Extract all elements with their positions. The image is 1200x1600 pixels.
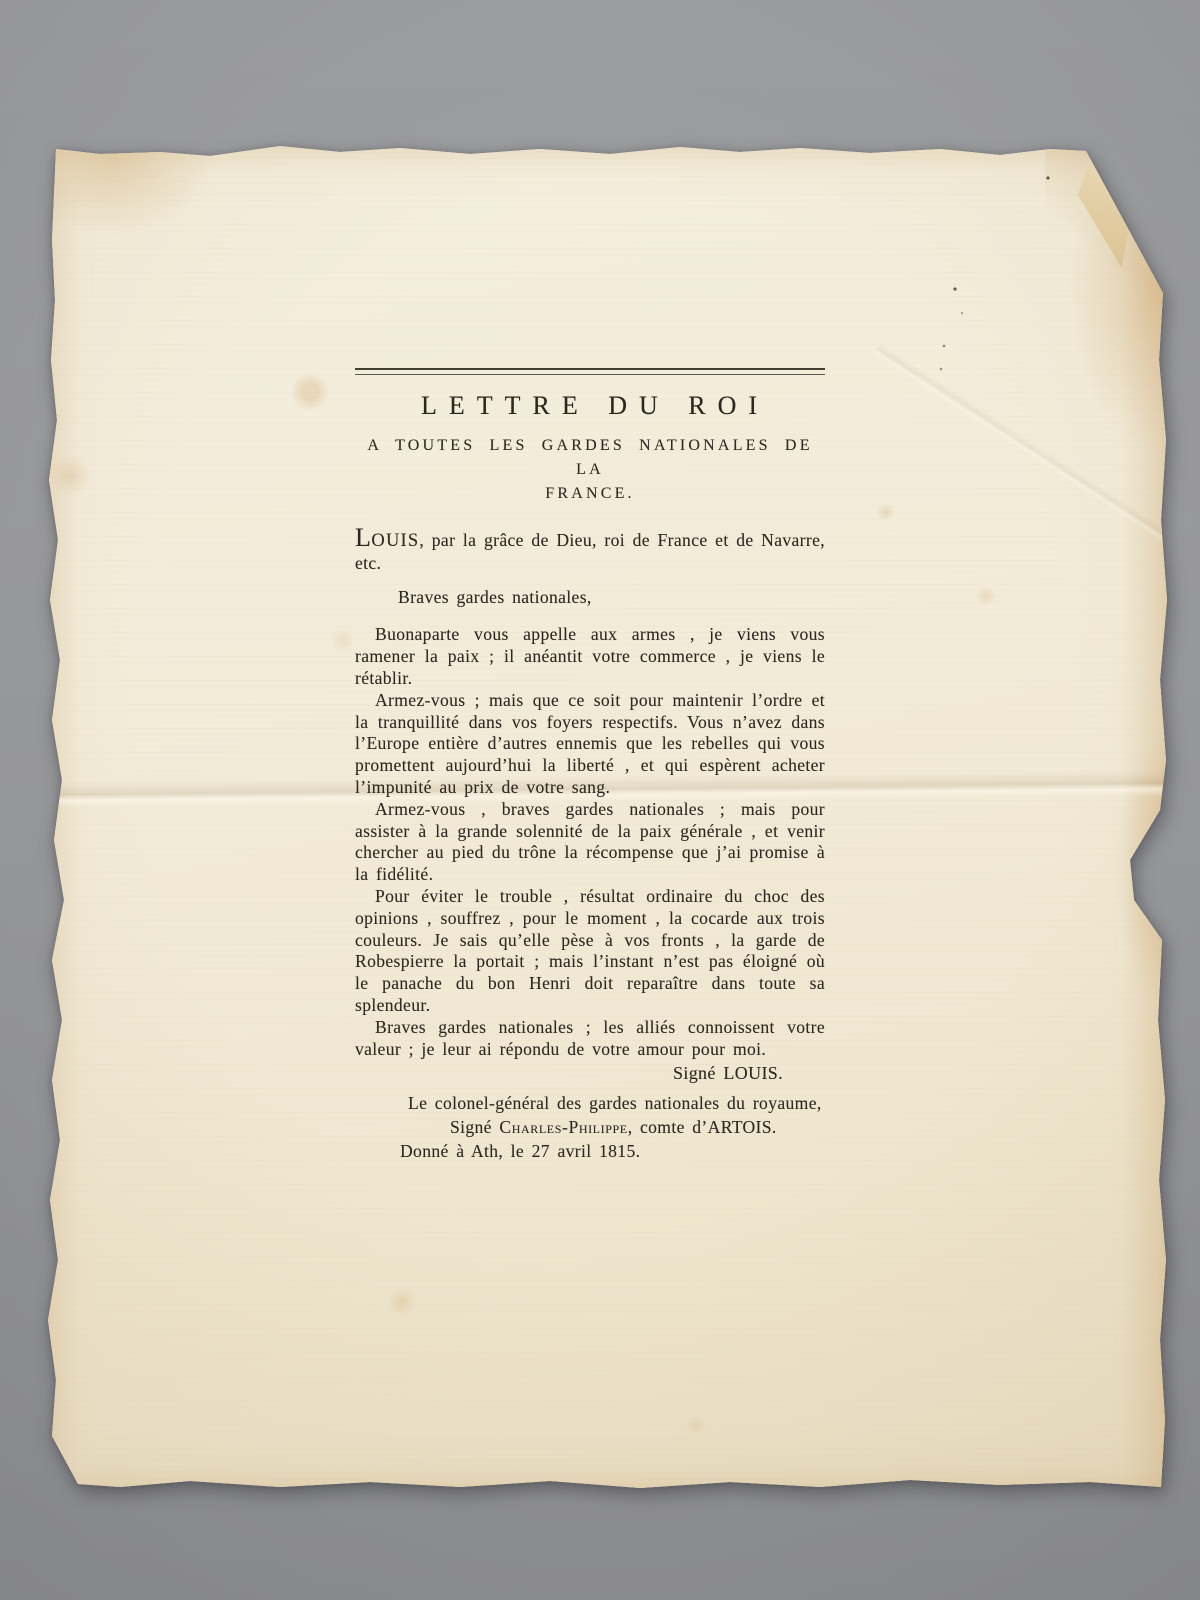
letter-subtitle: A TOUTES LES GARDES NATIONALES DE LA FRA… [355, 434, 825, 506]
paragraph-4: Pour éviter le trouble , résultat ordina… [355, 886, 825, 1017]
signature2-name: Charles-Philippe [499, 1117, 627, 1137]
photo-background: LETTRE DU ROI A TOUTES LES GARDES NATION… [0, 0, 1200, 1600]
letter-title: LETTRE DU ROI [355, 391, 825, 421]
address-line: Braves gardes nationales, [355, 587, 825, 609]
salutation: LOUIS, par la grâce de Dieu, roi de Fran… [355, 527, 825, 575]
paragraph-3: Armez-vous , braves gardes nationales ; … [355, 799, 825, 886]
royal-signature: Signé LOUIS. [355, 1063, 825, 1085]
subtitle-line-1: A TOUTES LES GARDES NATIONALES DE LA [367, 437, 812, 478]
paragraph-1: Buonaparte vous appelle aux armes , je v… [355, 624, 825, 689]
paragraph-2: Armez-vous ; mais que ce soit pour maint… [355, 690, 825, 799]
salutation-initial: L [355, 523, 371, 552]
colonel-signature: Signé Charles-Philippe, comte d’ARTOIS. [450, 1117, 825, 1139]
double-rule [355, 368, 825, 375]
paper-sheet-wrapper: LETTRE DU ROI A TOUTES LES GARDES NATION… [0, 0, 1200, 1600]
paper-sheet: LETTRE DU ROI A TOUTES LES GARDES NATION… [40, 140, 1168, 1492]
dateline: Donné à Ath, le 27 avril 1815. [400, 1141, 825, 1163]
colonel-line: Le colonel-général des gardes nationales… [387, 1093, 825, 1115]
subtitle-line-2: FRANCE. [545, 485, 635, 502]
signature2-suffix: , comte d’ARTOIS. [628, 1117, 777, 1137]
diagonal-crease [873, 343, 1183, 551]
salutation-rest: , par la grâce de Dieu, roi de France et… [355, 530, 825, 573]
salutation-name: OUIS [371, 531, 419, 551]
signature2-prefix: Signé [450, 1117, 499, 1137]
paragraph-5: Braves gardes nationales ; les alliés co… [355, 1017, 825, 1061]
letter-content: LETTRE DU ROI A TOUTES LES GARDES NATION… [355, 368, 825, 1163]
